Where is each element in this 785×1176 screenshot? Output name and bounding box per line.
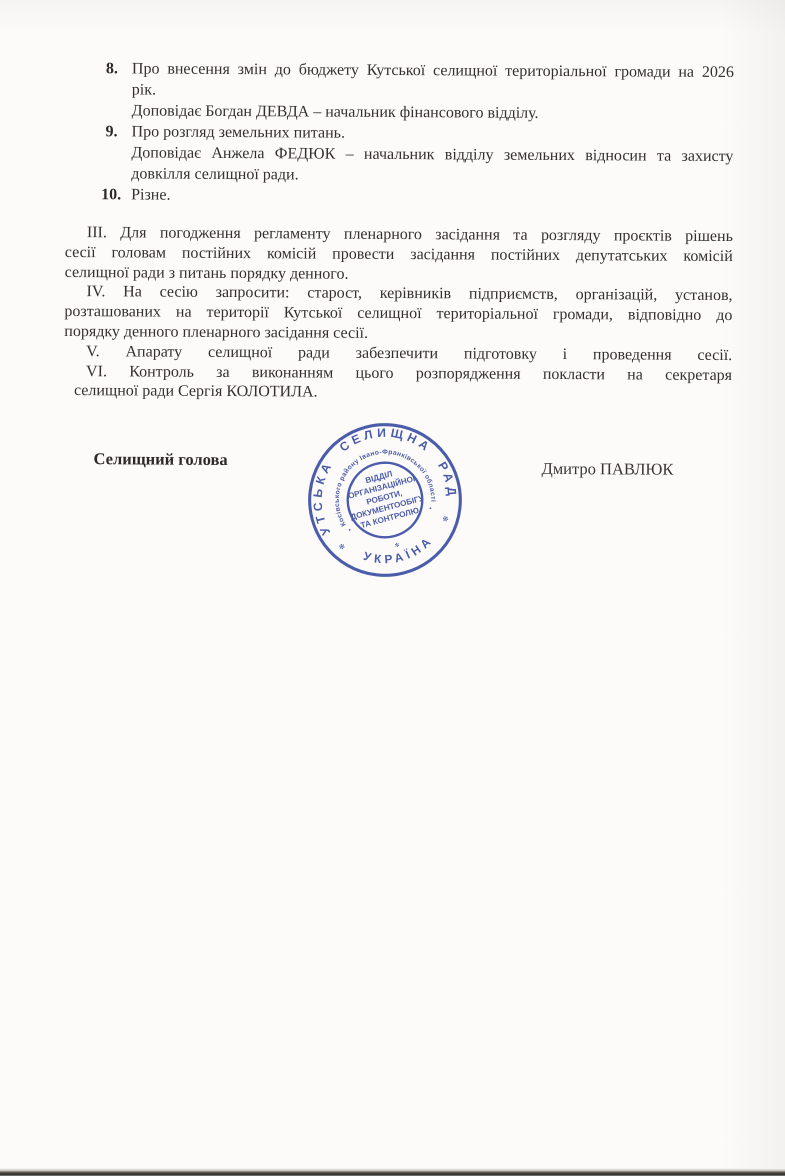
directive-sections: III. Для погодження регламенту пленарног… bbox=[64, 223, 733, 405]
agenda-number: 10. bbox=[101, 184, 121, 205]
agenda-list: 8. Про внесення змін до бюджету Кутської… bbox=[65, 58, 734, 209]
signer-name: Дмитро ПАВЛЮК bbox=[541, 459, 673, 480]
scanned-document-page: 8. Про внесення змін до бюджету Кутської… bbox=[0, 0, 785, 1176]
agenda-item-9: 9. Про розгляд земельних питань. Доповід… bbox=[65, 121, 733, 188]
section-text-line: селищної ради Сергія КОЛОТИЛА. bbox=[64, 381, 732, 405]
agenda-item-8: 8. Про внесення змін до бюджету Кутської… bbox=[66, 58, 734, 125]
star-separator-icon: ✻ bbox=[394, 541, 401, 549]
stamp-country-label: УКРАЇНА bbox=[359, 532, 439, 574]
stamp-ring-bottom-text: УКРАЇНА bbox=[359, 532, 439, 574]
section-6: VI. Контроль за виконанням цього розпоря… bbox=[64, 362, 732, 406]
section-3: III. Для погодження регламенту пленарног… bbox=[65, 223, 733, 286]
agenda-number: 9. bbox=[105, 121, 117, 142]
star-separator-icon: ✻ bbox=[338, 542, 346, 552]
section-4: IV. На сесію запросити: старост, керівни… bbox=[64, 282, 732, 345]
agenda-item-text: Про внесення змін до бюджету Кутської се… bbox=[132, 58, 734, 83]
agenda-number: 8. bbox=[106, 58, 118, 79]
dot-separator-icon: • bbox=[429, 505, 434, 513]
signer-title: Селищний голова bbox=[93, 449, 227, 470]
agenda-item-10: 10. Різне. bbox=[65, 184, 733, 209]
scan-edge-artifact bbox=[0, 1168, 785, 1176]
agenda-item-text: Різне. bbox=[131, 184, 733, 209]
star-separator-icon: ✻ bbox=[441, 514, 449, 524]
dot-separator-icon: • bbox=[348, 527, 353, 535]
